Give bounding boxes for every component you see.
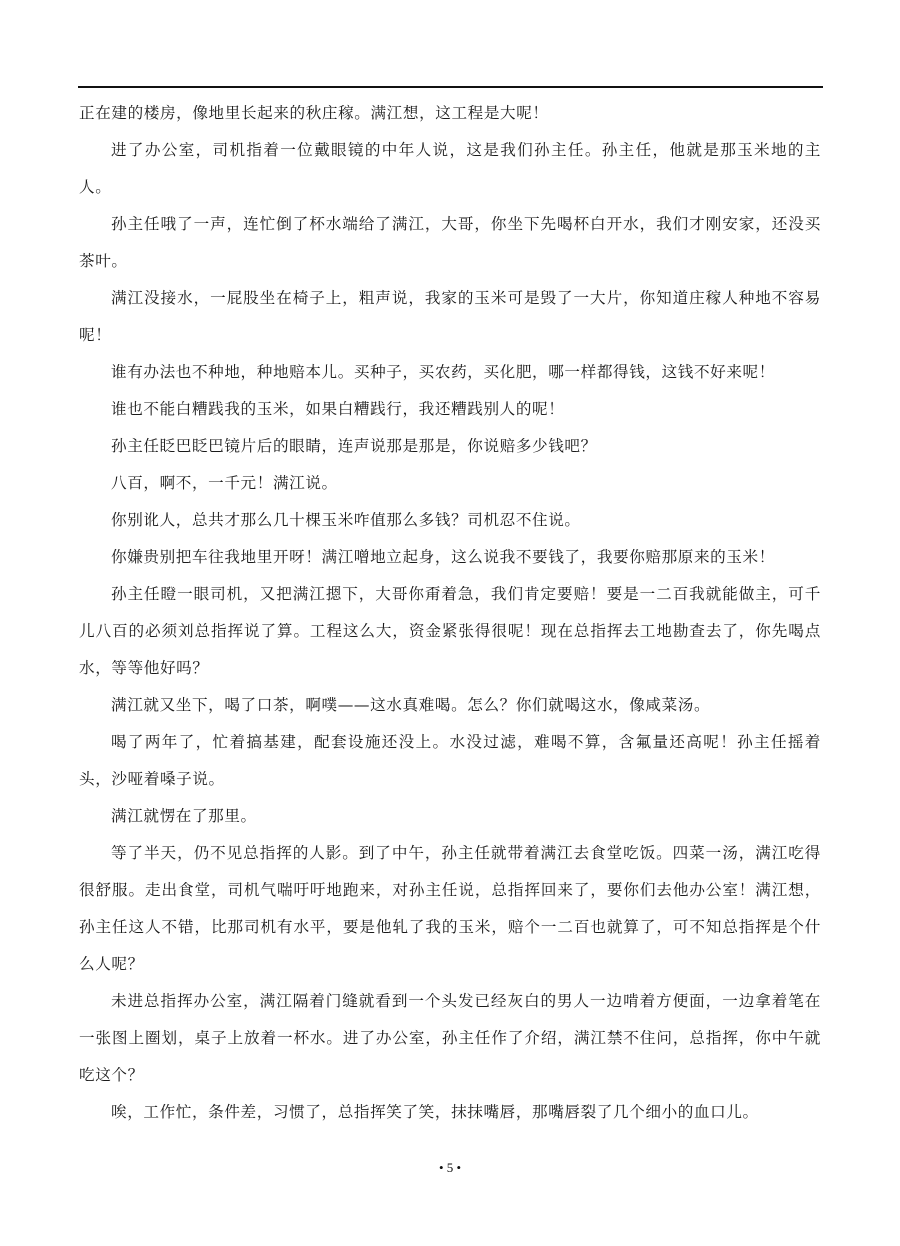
paragraph: 喝了两年了，忙着搞基建，配套设施还没上。水没过滤，难喝不算，含氟量还高呢！孙主任…	[79, 724, 821, 798]
paragraph: 满江没接水，一屁股坐在椅子上，粗声说，我家的玉米可是毁了一大片，你知道庄稼人种地…	[79, 280, 821, 354]
paragraph: 谁也不能白糟践我的玉米，如果白糟践行，我还糟践别人的呢！	[79, 391, 821, 428]
paragraph: 你别讹人，总共才那么几十棵玉米咋值那么多钱？司机忍不住说。	[79, 502, 821, 539]
paragraph: 你嫌贵别把车往我地里开呀！满江噌地立起身，这么说我不要钱了，我要你赔那原来的玉米…	[79, 539, 821, 576]
paragraph: 等了半天，仍不见总指挥的人影。到了中午，孙主任就带着满江去食堂吃饭。四菜一汤，满…	[79, 835, 821, 983]
paragraph: 未进总指挥办公室，满江隔着门缝就看到一个头发已经灰白的男人一边啃着方便面，一边拿…	[79, 983, 821, 1094]
paragraph: 唉，工作忙，条件差，习惯了，总指挥笑了笑，抹抹嘴唇，那嘴唇裂了几个细小的血口儿。	[79, 1094, 821, 1131]
paragraph: 孙主任眨巴眨巴镜片后的眼睛，连声说那是那是，你说赔多少钱吧？	[79, 428, 821, 465]
paragraph: 八百，啊不，一千元！满江说。	[79, 465, 821, 502]
paragraph: 孙主任瞪一眼司机，又把满江摁下，大哥你甭着急，我们肯定要赔！要是一二百我就能做主…	[79, 576, 821, 687]
paragraph: 满江就愣在了那里。	[79, 798, 821, 835]
paragraph: 满江就又坐下，喝了口茶，啊噗——这水真难喝。怎么？你们就喝这水，像咸菜汤。	[79, 687, 821, 724]
header-rule	[78, 86, 823, 88]
paragraph: 谁有办法也不种地，种地赔本儿。买种子，买农药，买化肥，哪一样都得钱，这钱不好来呢…	[79, 354, 821, 391]
page-number: • 5 •	[0, 1160, 900, 1176]
paragraph: 孙主任哦了一声，连忙倒了杯水端给了满江，大哥，你坐下先喝杯白开水，我们才刚安家，…	[79, 206, 821, 280]
document-body: 正在建的楼房，像地里长起来的秋庄稼。满江想，这工程是大呢！ 进了办公室，司机指着…	[79, 95, 821, 1131]
paragraph: 进了办公室，司机指着一位戴眼镜的中年人说，这是我们孙主任。孙主任，他就是那玉米地…	[79, 132, 821, 206]
paragraph: 正在建的楼房，像地里长起来的秋庄稼。满江想，这工程是大呢！	[79, 95, 821, 132]
